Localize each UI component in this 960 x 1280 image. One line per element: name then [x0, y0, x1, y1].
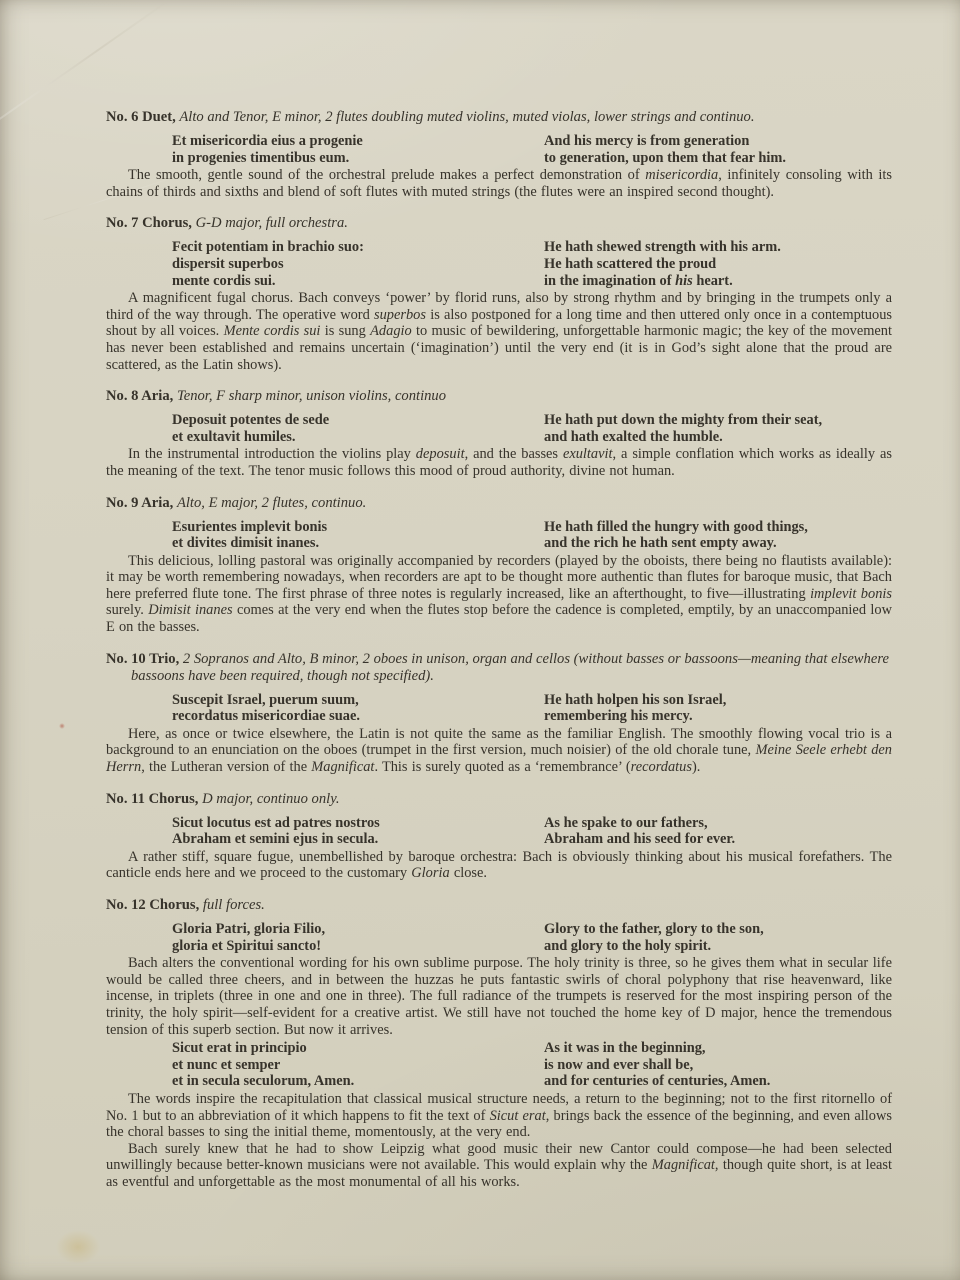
text-run: misericordia — [645, 167, 718, 183]
section-heading: No. 8 Aria, Tenor, F sharp minor, unison… — [106, 388, 892, 405]
text-run: Deposuit potentes de sede — [172, 412, 329, 428]
english-verse-line: He hath scattered the proud — [544, 256, 892, 273]
latin-verse-line: et nunc et semper — [172, 1057, 544, 1074]
text-run: close. — [450, 865, 487, 881]
text-run: gloria et Spiritui sancto! — [172, 938, 321, 954]
text-run: Alto, E major, 2 flutes, continuo. — [177, 495, 366, 511]
movement-section: No. 8 Aria, Tenor, F sharp minor, unison… — [106, 388, 892, 479]
text-run: Dimisit inanes — [148, 602, 232, 618]
english-verse-line: He hath shewed strength with his arm. — [544, 239, 892, 256]
text-run: , the Lutheran version of the — [141, 759, 311, 775]
verse-block: Esurientes implevit boniset divites dimi… — [106, 519, 892, 552]
latin-verse-column: Gloria Patri, gloria Filio,gloria et Spi… — [172, 921, 544, 954]
latin-verse-line: in progenies timentibus eum. — [172, 150, 544, 167]
commentary-paragraph: In the instrumental introduction the vio… — [106, 446, 892, 479]
english-verse-line: remembering his mercy. — [544, 708, 892, 725]
text-run: Mente cordis sui — [224, 323, 321, 339]
latin-verse-column: Suscepit Israel, puerum suum,recordatus … — [172, 692, 544, 725]
movement-section: No. 12 Chorus, full forces.Gloria Patri,… — [106, 897, 892, 1191]
english-verse-line: As it was in the beginning, — [544, 1040, 892, 1057]
text-run: No. 8 Aria, — [106, 388, 177, 404]
text-run: Sicut locutus est ad patres nostros — [172, 815, 380, 831]
latin-verse-line: Deposuit potentes de sede — [172, 412, 544, 429]
text-run: No. 7 Chorus, — [106, 215, 196, 231]
latin-verse-column: Sicut erat in principioet nunc et semper… — [172, 1040, 544, 1090]
text-run: Suscepit Israel, puerum suum, — [172, 692, 359, 708]
text-run: He hath shewed strength with his arm. — [544, 239, 781, 255]
commentary-paragraph: Here, as once or twice elsewhere, the La… — [106, 726, 892, 776]
english-verse-line: As he spake to our fathers, — [544, 815, 892, 832]
latin-verse-column: Deposuit potentes de sedeet exultavit hu… — [172, 412, 544, 445]
english-verse-column: He hath filled the hungry with good thin… — [544, 519, 892, 552]
text-run: is now and ever shall be, — [544, 1057, 693, 1073]
text-run: et exultavit humiles. — [172, 429, 296, 445]
text-run: Tenor, F sharp minor, unison violins, co… — [177, 388, 446, 404]
english-verse-line: and the rich he hath sent empty away. — [544, 535, 892, 552]
text-run: Glory to the father, glory to the son, — [544, 921, 764, 937]
section-heading: No. 7 Chorus, G-D major, full orchestra. — [106, 215, 892, 232]
text-run: superbos — [374, 307, 426, 323]
commentary-paragraph: The smooth, gentle sound of the orchestr… — [106, 167, 892, 200]
text-run: Alto and Tenor, E minor, 2 flutes doubli… — [179, 109, 754, 125]
text-run: Gloria — [411, 865, 449, 881]
section-heading: No. 12 Chorus, full forces. — [106, 897, 892, 914]
text-run: surely. — [106, 602, 148, 618]
latin-verse-line: Sicut locutus est ad patres nostros — [172, 815, 544, 832]
text-run: and the rich he hath sent empty away. — [544, 535, 777, 551]
text-run: deposuit — [416, 446, 465, 462]
text-run: mente cordis sui. — [172, 273, 276, 289]
movement-section: No. 10 Trio, 2 Sopranos and Alto, B mino… — [106, 651, 892, 776]
english-verse-line: He hath put down the mighty from their s… — [544, 412, 892, 429]
text-run: Gloria Patri, gloria Filio, — [172, 921, 325, 937]
latin-verse-line: Et misericordia eius a progenie — [172, 133, 544, 150]
verse-block: Sicut erat in principioet nunc et semper… — [106, 1040, 892, 1090]
latin-verse-column: Fecit potentiam in brachio suo:dispersit… — [172, 239, 544, 289]
document-body: No. 6 Duet, Alto and Tenor, E minor, 2 f… — [106, 0, 892, 1191]
text-run: exultavit — [563, 446, 613, 462]
text-run: No. 9 Aria, — [106, 495, 177, 511]
text-run: He hath scattered the proud — [544, 256, 716, 272]
text-run: remembering his mercy. — [544, 708, 693, 724]
text-run: Bach alters the conventional wording for… — [106, 955, 892, 1037]
text-run: He hath put down the mighty from their s… — [544, 412, 822, 428]
text-run: in progenies timentibus eum. — [172, 150, 349, 166]
paper-stain — [56, 1230, 100, 1264]
text-run: and for centuries of centuries, Amen. — [544, 1073, 770, 1089]
ink-speck — [59, 723, 65, 729]
english-verse-column: As he spake to our fathers,Abraham and h… — [544, 815, 892, 848]
english-verse-line: and hath exalted the humble. — [544, 429, 892, 446]
text-run: The smooth, gentle sound of the orchestr… — [128, 167, 645, 183]
english-verse-column: Glory to the father, glory to the son,an… — [544, 921, 892, 954]
text-run: Sicut erat — [490, 1108, 546, 1124]
latin-verse-line: gloria et Spiritui sancto! — [172, 938, 544, 955]
text-run: Sicut erat in principio — [172, 1040, 307, 1056]
text-run: Esurientes implevit bonis — [172, 519, 327, 535]
english-verse-line: and glory to the holy spirit. — [544, 938, 892, 955]
text-run: recordatus misericordiae suae. — [172, 708, 360, 724]
latin-verse-line: recordatus misericordiae suae. — [172, 708, 544, 725]
latin-verse-column: Et misericordia eius a progeniein progen… — [172, 133, 544, 166]
text-run: No. 12 Chorus, — [106, 897, 203, 913]
commentary-paragraph: Bach alters the conventional wording for… — [106, 955, 892, 1038]
latin-verse-column: Sicut locutus est ad patres nostrosAbrah… — [172, 815, 544, 848]
latin-verse-line: et in secula seculorum, Amen. — [172, 1073, 544, 1090]
text-run: and hath exalted the humble. — [544, 429, 723, 445]
text-run: et divites dimisit inanes. — [172, 535, 319, 551]
verse-block: Gloria Patri, gloria Filio,gloria et Spi… — [106, 921, 892, 954]
text-run: is sung — [320, 323, 370, 339]
text-run: Adagio — [370, 323, 412, 339]
text-run: Magnificat — [311, 759, 374, 775]
latin-verse-line: et divites dimisit inanes. — [172, 535, 544, 552]
movement-section: No. 6 Duet, Alto and Tenor, E minor, 2 f… — [106, 109, 892, 200]
english-verse-line: in the imagination of his heart. — [544, 273, 892, 290]
text-run: implevit bonis — [810, 586, 892, 602]
verse-block: Fecit potentiam in brachio suo:dispersit… — [106, 239, 892, 289]
section-heading: No. 10 Trio, 2 Sopranos and Alto, B mino… — [106, 651, 892, 685]
text-run: No. 6 Duet, — [106, 109, 179, 125]
text-run: Fecit potentiam in brachio suo: — [172, 239, 364, 255]
english-verse-line: is now and ever shall be, — [544, 1057, 892, 1074]
text-run: No. 10 Trio, — [106, 651, 183, 667]
text-run: recordatus — [631, 759, 692, 775]
text-run: D major, continuo only. — [202, 791, 339, 807]
english-verse-column: He hath shewed strength with his arm.He … — [544, 239, 892, 289]
commentary-paragraph: Bach surely knew that he had to show Lei… — [106, 1141, 892, 1191]
text-run: Abraham et semini ejus in secula. — [172, 831, 378, 847]
text-run: dispersit superbos — [172, 256, 284, 272]
english-verse-line: Abraham and his seed for ever. — [544, 831, 892, 848]
latin-verse-line: dispersit superbos — [172, 256, 544, 273]
text-run: And his mercy is from generation — [544, 133, 749, 149]
commentary-paragraph: A rather stiff, square fugue, unembellis… — [106, 849, 892, 882]
verse-block: Suscepit Israel, puerum suum,recordatus … — [106, 692, 892, 725]
english-verse-line: to generation, upon them that fear him. — [544, 150, 892, 167]
latin-verse-column: Esurientes implevit boniset divites dimi… — [172, 519, 544, 552]
latin-verse-line: Fecit potentiam in brachio suo: — [172, 239, 544, 256]
latin-verse-line: et exultavit humiles. — [172, 429, 544, 446]
text-run: . This is surely quoted as a ‘remembranc… — [374, 759, 630, 775]
latin-verse-line: Abraham et semini ejus in secula. — [172, 831, 544, 848]
text-run: full forces. — [203, 897, 265, 913]
english-verse-column: And his mercy is from generationto gener… — [544, 133, 892, 166]
latin-verse-line: Suscepit Israel, puerum suum, — [172, 692, 544, 709]
text-run: No. 11 Chorus, — [106, 791, 202, 807]
latin-verse-line: mente cordis sui. — [172, 273, 544, 290]
text-run: , and the basses — [465, 446, 563, 462]
text-run: and glory to the holy spirit. — [544, 938, 711, 954]
text-run: As it was in the beginning, — [544, 1040, 706, 1056]
english-verse-line: and for centuries of centuries, Amen. — [544, 1073, 892, 1090]
text-run: Et misericordia eius a progenie — [172, 133, 363, 149]
text-run: et in secula seculorum, Amen. — [172, 1073, 354, 1089]
section-heading: No. 6 Duet, Alto and Tenor, E minor, 2 f… — [106, 109, 892, 126]
text-run: This delicious, lolling pastoral was ori… — [106, 553, 892, 602]
text-run: Abraham and his seed for ever. — [544, 831, 735, 847]
english-verse-line: He hath holpen his son Israel, — [544, 692, 892, 709]
movement-section: No. 11 Chorus, D major, continuo only.Si… — [106, 791, 892, 882]
english-verse-column: As it was in the beginning,is now and ev… — [544, 1040, 892, 1090]
latin-verse-line: Sicut erat in principio — [172, 1040, 544, 1057]
text-run: his — [675, 273, 693, 289]
text-run: In the instrumental introduction the vio… — [128, 446, 416, 462]
commentary-paragraph: This delicious, lolling pastoral was ori… — [106, 553, 892, 636]
text-run: et nunc et semper — [172, 1057, 280, 1073]
verse-block: Et misericordia eius a progeniein progen… — [106, 133, 892, 166]
commentary-paragraph: The words inspire the recapitulation tha… — [106, 1091, 892, 1141]
english-verse-column: He hath put down the mighty from their s… — [544, 412, 892, 445]
text-run: Magnificat — [652, 1157, 715, 1173]
english-verse-line: Glory to the father, glory to the son, — [544, 921, 892, 938]
text-run: He hath holpen his son Israel, — [544, 692, 726, 708]
text-run: to generation, upon them that fear him. — [544, 150, 786, 166]
text-run: As he spake to our fathers, — [544, 815, 708, 831]
verse-block: Deposuit potentes de sedeet exultavit hu… — [106, 412, 892, 445]
text-run: heart. — [693, 273, 733, 289]
section-heading: No. 11 Chorus, D major, continuo only. — [106, 791, 892, 808]
text-run: in the imagination of — [544, 273, 675, 289]
latin-verse-line: Gloria Patri, gloria Filio, — [172, 921, 544, 938]
scanned-page: No. 6 Duet, Alto and Tenor, E minor, 2 f… — [0, 0, 960, 1280]
latin-verse-line: Esurientes implevit bonis — [172, 519, 544, 536]
text-run: He hath filled the hungry with good thin… — [544, 519, 808, 535]
text-run: 2 Sopranos and Alto, B minor, 2 oboes in… — [131, 651, 889, 684]
verse-block: Sicut locutus est ad patres nostrosAbrah… — [106, 815, 892, 848]
movement-section: No. 9 Aria, Alto, E major, 2 flutes, con… — [106, 495, 892, 636]
english-verse-column: He hath holpen his son Israel,rememberin… — [544, 692, 892, 725]
commentary-paragraph: A magnificent fugal chorus. Bach conveys… — [106, 290, 892, 373]
section-heading: No. 9 Aria, Alto, E major, 2 flutes, con… — [106, 495, 892, 512]
movement-section: No. 7 Chorus, G-D major, full orchestra.… — [106, 215, 892, 373]
english-verse-line: And his mercy is from generation — [544, 133, 892, 150]
text-run: A rather stiff, square fugue, unembellis… — [106, 849, 892, 882]
text-run: G-D major, full orchestra. — [196, 215, 348, 231]
text-run: ). — [692, 759, 700, 775]
english-verse-line: He hath filled the hungry with good thin… — [544, 519, 892, 536]
